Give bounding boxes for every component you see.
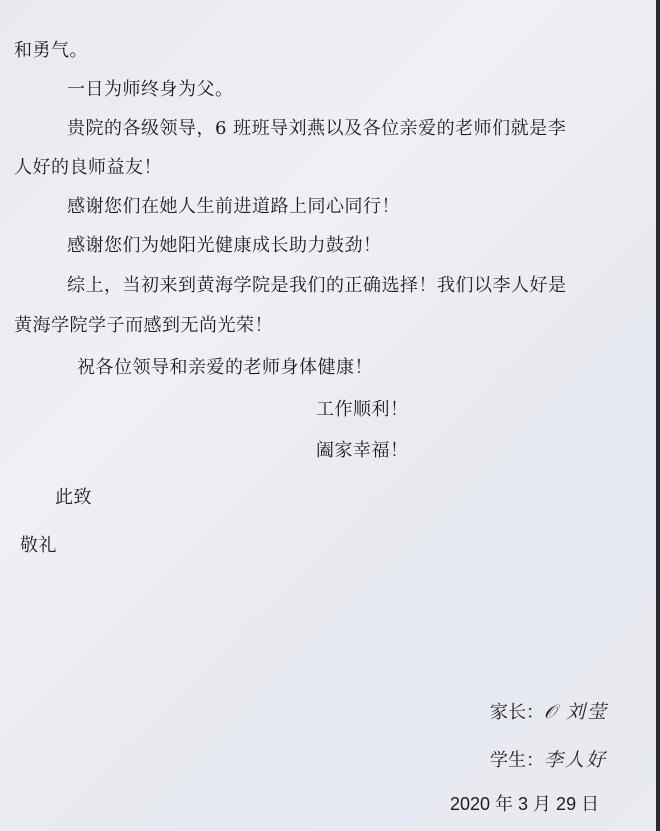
- parent-signature: 𝒪 刘莹: [544, 701, 608, 723]
- letter-page: 和勇气。 一日为师终身为父。 贵院的各级领导，6 班班导刘燕以及各位亲爱的老师们…: [0, 0, 656, 831]
- body-line-2: 一日为师终身为父。: [67, 79, 234, 101]
- student-signature-block: 学生：李人好: [490, 748, 607, 773]
- page-edge-shadow: [656, 0, 660, 831]
- body-line-7: 综上，当初来到黄海学院是我们的正确选择！我们以李人好是: [67, 275, 567, 297]
- body-line-5: 感谢您们在她人生前进道路上同心同行！: [67, 196, 400, 218]
- body-line-4: 人好的良师益友！: [14, 157, 162, 179]
- closing-salutation: 此致: [55, 487, 92, 509]
- body-line-8: 黄海学院学子而感到无尚光荣！: [14, 315, 273, 337]
- parent-signature-block: 家长：𝒪 刘莹: [490, 700, 608, 725]
- student-label: 学生：: [490, 750, 544, 771]
- student-signature: 李人好: [544, 749, 607, 771]
- letter-date: 2020 年 3 月 29 日: [450, 793, 599, 815]
- body-line-11: 阖家幸福！: [316, 440, 409, 462]
- body-line-3: 贵院的各级领导，6 班班导刘燕以及各位亲爱的老师们就是李: [67, 118, 566, 140]
- body-line-1: 和勇气。: [14, 40, 88, 62]
- body-line-6: 感谢您们为她阳光健康成长助力鼓劲！: [67, 235, 382, 257]
- closing-respect: 敬礼: [20, 535, 57, 557]
- body-line-9: 祝各位领导和亲爱的老师身体健康！: [77, 357, 373, 379]
- parent-label: 家长：: [490, 702, 544, 723]
- body-line-10: 工作顺利！: [316, 399, 409, 421]
